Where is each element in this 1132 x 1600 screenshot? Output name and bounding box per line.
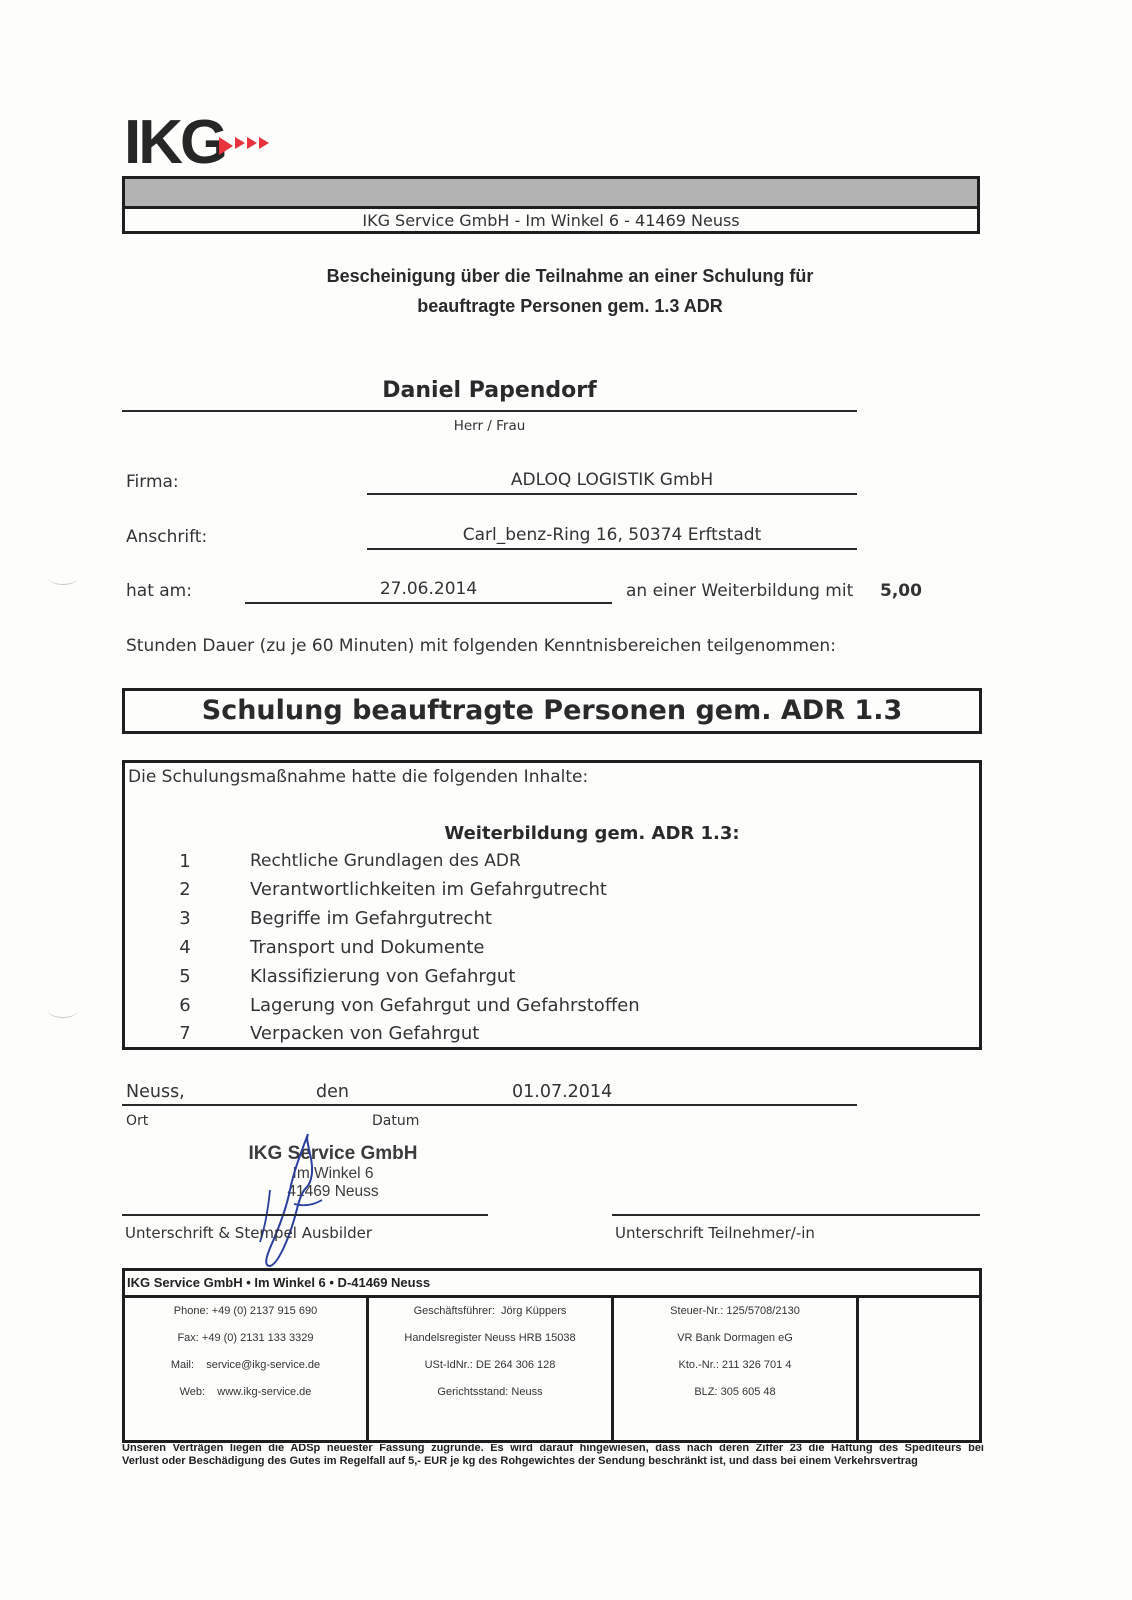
footer-contact-column: Phone: +49 (0) 2137 915 690 Fax: +49 (0)… [125, 1298, 369, 1443]
footer-mail: Mail: service@ikg-service.de [125, 1358, 366, 1385]
content-subtitle: Weiterbildung gem. ADR 1.3: [125, 823, 979, 844]
footer-phone: Phone: +49 (0) 2137 915 690 [125, 1304, 366, 1331]
address-underline [367, 548, 857, 550]
date-field-label: Datum [372, 1113, 419, 1129]
footer-box: IKG Service GmbH • Im Winkel 6 • D-41469… [122, 1268, 982, 1443]
trainer-signature-line [122, 1214, 488, 1216]
disclaimer-line2: Verlust oder Beschädigung des Gutes im R… [122, 1454, 984, 1469]
punch-mark [48, 570, 78, 585]
training-date: 27.06.2014 [245, 579, 612, 599]
content-box: Die Schulungsmaßnahme hatte die folgende… [122, 760, 982, 1050]
footer-web: Web: www.ikg-service.de [125, 1385, 366, 1412]
date-label: hat am: [126, 581, 192, 601]
footer-jurisdiction: Gerichtsstand: Neuss [369, 1385, 611, 1412]
footer-account: Kto.-Nr.: 211 326 701 4 [614, 1358, 856, 1385]
ikg-logo: IKG [124, 115, 271, 171]
company-address: IKG Service GmbH - Im Winkel 6 - 41469 N… [125, 209, 977, 233]
signoff-date: 01.07.2014 [512, 1082, 612, 1102]
footer-bank: VR Bank Dormagen eG [614, 1331, 856, 1358]
signoff-underline [122, 1104, 857, 1106]
participant-signature-label: Unterschrift Teilnehmer/-in [615, 1224, 815, 1242]
company-underline [367, 493, 857, 495]
footer-heading: IKG Service GmbH • Im Winkel 6 • D-41469… [125, 1271, 979, 1298]
date-underline [245, 602, 612, 604]
hours-value: 5,00 [880, 581, 922, 601]
course-title: Schulung beauftragte Personen gem. ADR 1… [122, 688, 982, 734]
company-label: Firma: [126, 472, 179, 492]
disclaimer-line1: Unseren Verträgen liegen die ADSp neuest… [122, 1444, 984, 1454]
footer-registry-column: Geschäftsführer: Jörg Küppers Handelsreg… [369, 1298, 614, 1443]
trainer-signature-label: Unterschrift & Stempel Ausbilder [125, 1224, 372, 1242]
arrows-icon [219, 137, 271, 155]
footer-bank-column: Steuer-Nr.: 125/5708/2130 VR Bank Dormag… [614, 1298, 859, 1443]
footer-fax: Fax: +49 (0) 2131 133 3329 [125, 1331, 366, 1358]
disclaimer: Unseren Verträgen liegen die ADSp neuest… [122, 1444, 984, 1469]
certificate-title-line2: beauftragte Personen gem. 1.3 ADR [200, 296, 940, 317]
footer-register: Handelsregister Neuss HRB 15038 [369, 1331, 611, 1358]
training-text: an einer Weiterbildung mit [626, 581, 853, 601]
footer-blz: BLZ: 305 605 48 [614, 1385, 856, 1412]
participant-name: Daniel Papendorf [122, 378, 857, 403]
letterhead-box: IKG Service GmbH - Im Winkel 6 - 41469 N… [122, 176, 980, 234]
signoff-place: Neuss, [126, 1082, 185, 1102]
content-intro: Die Schulungsmaßnahme hatte die folgende… [128, 767, 588, 787]
handwritten-signature [250, 1130, 330, 1270]
letterhead-bar [125, 179, 977, 209]
address-label: Anschrift: [126, 527, 207, 547]
logo-text: IKG [124, 112, 225, 174]
signoff-den: den [316, 1082, 349, 1102]
punch-mark [48, 1003, 78, 1018]
duration-text: Stunden Dauer (zu je 60 Minuten) mit fol… [126, 636, 836, 656]
footer-vat-id: USt-IdNr.: DE 264 306 128 [369, 1358, 611, 1385]
salutation-label: Herr / Frau [122, 418, 857, 434]
footer-empty-column [859, 1298, 979, 1443]
place-label: Ort [126, 1113, 148, 1129]
certificate-title-line1: Bescheinigung über die Teilnahme an eine… [200, 266, 940, 287]
name-underline [122, 410, 857, 412]
address-value: Carl_benz-Ring 16, 50374 Erftstadt [367, 525, 857, 545]
company-value: ADLOQ LOGISTIK GmbH [367, 470, 857, 490]
footer-managing-director: Geschäftsführer: Jörg Küppers [369, 1304, 611, 1331]
footer-tax-number: Steuer-Nr.: 125/5708/2130 [614, 1304, 856, 1331]
participant-signature-line [612, 1214, 980, 1216]
